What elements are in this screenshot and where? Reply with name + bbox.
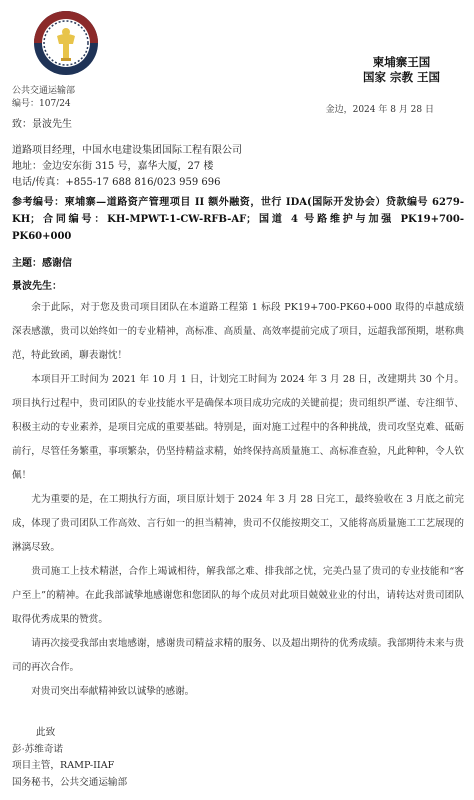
ministry-block: 公共交通运输部 编号：107/24 <box>12 85 75 111</box>
reference-block: 参考编号：柬埔寨—道路资产管理项目 II 额外融资，世行 IDA(国际开发协会）… <box>12 194 464 245</box>
closing-phrase: 此致 <box>12 725 127 742</box>
signature-block: 此致 彭·苏维奇诺 项目主管，RAMP-IIAF 国务秘书，公共交通运输部 <box>12 725 127 791</box>
signatory-title-2: 国务秘书，公共交通运输部 <box>12 775 127 792</box>
body-paragraph: 贵司施工上技术精湛，合作上竭诚相待，解我部之难、排我部之忧，完美凸显了贵司的专业… <box>12 560 464 632</box>
recipient-street: 地址：金边安东街 315 号，嘉华大厦，27 楼 <box>12 159 242 175</box>
letter-date: 金边，2024 年 8 月 28 日 <box>326 102 434 115</box>
recipient-title: 道路项目经理，中国水电建设集团国际工程有限公司 <box>12 143 242 159</box>
kingdom-heading: 柬埔寨王国 国家 宗教 王国 <box>363 55 440 85</box>
ministry-seal-icon <box>33 10 99 76</box>
body-paragraph: 余于此际，对于您及贵司项目团队在本道路工程第 1 标段 PK19+700-PK6… <box>12 296 464 368</box>
ministry-name: 公共交通运输部 <box>12 85 75 98</box>
recipient-phone: 电话/传真：+855-17 688 816/023 959 696 <box>12 175 242 191</box>
reference-number: 编号：107/24 <box>12 98 75 111</box>
signatory-name: 彭·苏维奇诺 <box>12 742 127 759</box>
body-paragraph: 对贵司突出奉献精神致以诚挚的感谢。 <box>12 680 464 704</box>
recipient-to: 致：景波先生 <box>12 117 72 133</box>
body-paragraph: 本项目开工时间为 2021 年 10 月 1 日，计划完工时间为 2024 年 … <box>12 368 464 488</box>
ministry-seal-logo <box>33 10 99 76</box>
letter-body: 余于此际，对于您及贵司项目团队在本道路工程第 1 标段 PK19+700-PK6… <box>12 296 464 704</box>
signatory-title-1: 项目主管，RAMP-IIAF <box>12 758 127 775</box>
kingdom-motto: 国家 宗教 王国 <box>363 70 440 85</box>
body-paragraph: 请再次接受我部由衷地感谢，感谢贵司精益求精的服务、以及超出期待的优秀成绩。我部期… <box>12 632 464 680</box>
body-paragraph: 尤为重要的是，在工期执行方面，项目原计划于 2024 年 3 月 28 日完工，… <box>12 488 464 560</box>
salutation: 景波先生： <box>12 277 62 292</box>
kingdom-name: 柬埔寨王国 <box>363 55 440 70</box>
subject-line: 主题：感谢信 <box>12 254 72 269</box>
recipient-address: 道路项目经理，中国水电建设集团国际工程有限公司 地址：金边安东街 315 号，嘉… <box>12 143 242 191</box>
